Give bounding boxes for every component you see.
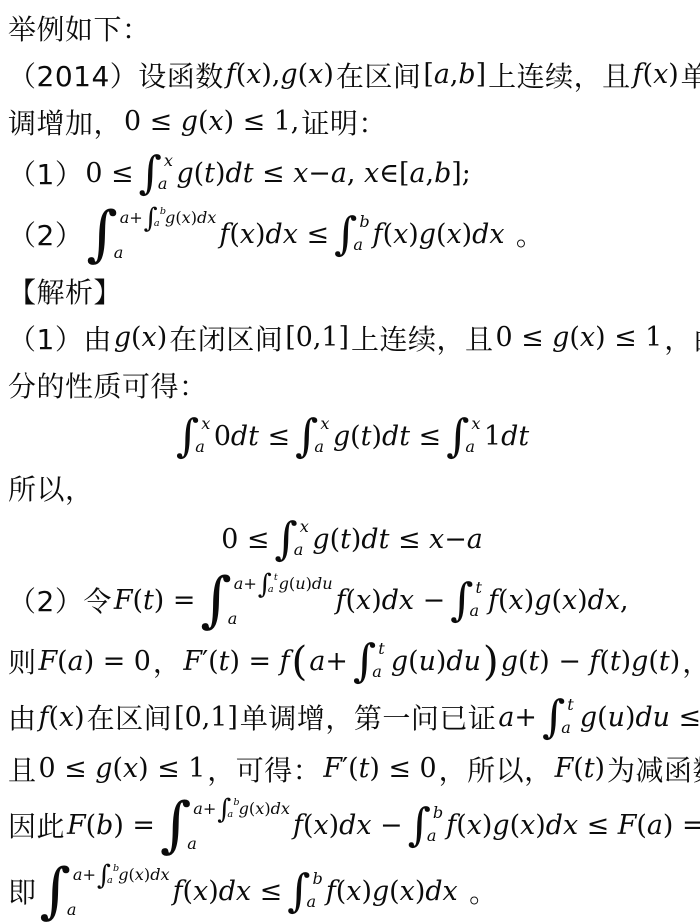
math-glyphs: b	[233, 797, 239, 808]
math-run: f(x)dx −	[293, 810, 403, 841]
math-glyphs: F	[555, 753, 574, 784]
math-glyphs: g	[165, 208, 175, 227]
text-run: 上连续，且	[351, 318, 494, 358]
math-glyphs: +	[325, 646, 348, 677]
math-glyphs: )	[625, 702, 636, 733]
math-run: a+	[193, 801, 216, 817]
math-run: F(b) =	[67, 810, 155, 841]
integral-limits: xa	[318, 415, 328, 458]
math-glyphs: b	[313, 869, 323, 888]
integral-limits: a+∫tag(u)dua	[232, 571, 331, 630]
math-glyphs: dt	[501, 421, 529, 452]
integral-upper-limit: a+∫bag(x)dx	[120, 206, 217, 232]
integral-lower-limit: a	[154, 219, 160, 229]
math-glyphs: )	[670, 646, 681, 677]
math-glyphs: ) =	[229, 646, 279, 677]
math-glyphs: t	[528, 646, 539, 677]
math-glyphs: f	[336, 585, 346, 616]
math-run: a	[372, 664, 382, 680]
text-run: 在区间	[87, 697, 173, 737]
math-glyphs: (	[183, 876, 194, 907]
math-run: g(t)dt ≤ x−a, x∈[a,b];	[176, 158, 470, 189]
math-glyphs: t	[567, 695, 573, 714]
math-glyphs: x	[580, 322, 595, 353]
math-glyphs: x	[446, 219, 461, 250]
math-glyphs: x	[471, 414, 480, 433]
integral-upper-limit: x	[320, 416, 330, 432]
math-run: a	[227, 810, 233, 820]
math-glyphs: f	[173, 876, 183, 907]
integral-upper-limit: b	[113, 864, 119, 874]
math-glyphs: g	[372, 876, 389, 907]
math-glyphs: dt	[231, 421, 259, 452]
math-glyphs: ≤	[389, 524, 429, 555]
math-glyphs: ) ≤ 0	[369, 753, 436, 784]
integral: ∫xa	[176, 415, 209, 458]
text-run: 上连续，且	[488, 55, 631, 95]
math-glyphs: b	[359, 212, 369, 231]
integral: ∫a+∫bag(x)dxa	[160, 796, 288, 855]
text-run: 在闭区间	[169, 318, 283, 358]
integral-lower-limit: a	[187, 836, 284, 852]
integral-upper-limit: x	[164, 153, 174, 169]
math-glyphs: dx	[382, 585, 414, 616]
math-glyphs: (	[132, 585, 143, 616]
math-glyphs: x	[429, 524, 444, 555]
math-glyphs: g	[181, 106, 198, 137]
integral-upper-limit: b	[433, 805, 443, 821]
math-glyphs: a	[114, 243, 124, 262]
math-glyphs: t	[274, 572, 278, 583]
math-glyphs: dx	[197, 208, 216, 227]
math-glyphs: )	[408, 219, 419, 250]
math-glyphs: u	[608, 702, 625, 733]
text-run: 。	[507, 214, 545, 254]
math-run: a	[187, 836, 197, 852]
math-glyphs: g	[552, 322, 569, 353]
math-glyphs: x	[246, 59, 261, 90]
math-glyphs: (	[57, 646, 68, 677]
math-glyphs: t	[659, 646, 670, 677]
math-run: f(x)	[633, 59, 679, 90]
math-glyphs: g	[501, 646, 518, 677]
math-glyphs: )	[323, 59, 334, 90]
integral-lower-limit: a	[469, 603, 479, 619]
math-glyphs: ];	[451, 158, 471, 189]
integral-limits: xa	[469, 415, 479, 458]
integral-lower-limit: a	[353, 237, 363, 253]
math-run: F(t) =	[114, 585, 196, 616]
math-glyphs: ),	[261, 59, 280, 90]
math-glyphs: (	[48, 702, 59, 733]
math-glyphs: ≤	[578, 810, 618, 841]
math-glyphs: ) = 0	[84, 646, 151, 677]
math-glyphs: x	[123, 753, 138, 784]
math-glyphs: )	[535, 810, 546, 841]
math-glyphs: ≤	[254, 158, 294, 189]
integral-limits: xa	[199, 415, 209, 458]
text-run: 举例如下：	[8, 8, 151, 48]
math-glyphs: F	[183, 646, 202, 677]
math-glyphs: (	[636, 810, 647, 841]
integral-limits: ba	[158, 206, 164, 232]
math-glyphs: t	[204, 158, 215, 189]
math-glyphs: a	[434, 59, 450, 90]
math-glyphs: b	[434, 158, 451, 189]
math-glyphs: F	[67, 810, 86, 841]
math-glyphs: a	[314, 437, 324, 456]
math-glyphs: f	[633, 59, 643, 90]
text-run: ，	[682, 641, 700, 681]
integral-limits: xa	[162, 152, 172, 195]
text-run: ，所以，	[439, 749, 553, 789]
math-run: a	[154, 219, 160, 229]
integral-upper-limit: b	[233, 798, 239, 808]
math-glyphs: (	[194, 158, 205, 189]
math-glyphs: g	[333, 421, 350, 452]
math-run: b	[113, 864, 119, 874]
integral: ∫xa	[446, 415, 479, 458]
math-glyphs: ,	[347, 158, 364, 189]
line-analysis-header: 【解析】	[8, 267, 696, 314]
math-run: g(x)	[114, 322, 167, 353]
math-glyphs: x	[356, 585, 371, 616]
math-glyphs: ′(	[342, 753, 359, 784]
math-glyphs: x	[208, 106, 223, 137]
math-glyphs: (	[510, 810, 521, 841]
text-run: （2）	[8, 214, 83, 254]
math-glyphs: )	[351, 524, 362, 555]
math-run: [0,1]	[174, 702, 238, 733]
math-glyphs: ) ≤ 1,	[224, 106, 300, 137]
math-run: t	[378, 641, 384, 657]
math-run: F′(t) ≤ 0	[323, 753, 436, 784]
math-glyphs: ≤	[259, 421, 290, 452]
math-glyphs: g	[312, 524, 329, 555]
math-glyphs: x	[142, 322, 157, 353]
line-sol2-2: 则F(a) = 0，F′(t) = f(a+∫tag(u)du)g(t) − f…	[8, 633, 696, 689]
math-glyphs: ) =	[154, 585, 196, 616]
integral-limits: ta	[473, 579, 483, 622]
math-glyphs: a	[193, 799, 203, 818]
math-run: a	[67, 902, 77, 918]
math-glyphs: b	[160, 206, 166, 217]
math-glyphs: )	[621, 646, 632, 677]
math-glyphs: t	[378, 639, 384, 658]
integral: ∫ta	[353, 640, 386, 683]
math-glyphs: −	[372, 810, 403, 841]
integral: ∫ba	[334, 213, 368, 256]
math-glyphs: b	[96, 810, 113, 841]
math-glyphs: )	[482, 810, 493, 841]
math-glyphs: u	[295, 574, 305, 593]
math-run: F′(t) = f	[183, 646, 289, 677]
text-run: 则	[8, 641, 37, 681]
math-glyphs: )	[668, 59, 679, 90]
math-run: 0 ≤	[85, 158, 133, 189]
integral-limits: a+∫bag(x)dxa	[71, 862, 168, 921]
math-glyphs: dt	[225, 158, 253, 189]
math-glyphs: g	[391, 646, 408, 677]
math-glyphs: g	[580, 702, 597, 733]
math-glyphs: (	[389, 876, 400, 907]
math-glyphs: a	[195, 437, 205, 456]
text-run: 因此	[8, 805, 65, 845]
math-glyphs: a	[561, 718, 571, 737]
math-glyphs: )	[208, 876, 219, 907]
math-glyphs: F	[618, 810, 637, 841]
integral-lower-limit: a	[314, 439, 324, 455]
integral-upper-limit: b	[359, 214, 369, 230]
integral: ∫ba	[287, 870, 321, 913]
math-glyphs: a	[158, 174, 168, 193]
math-glyphs: ) −	[539, 646, 589, 677]
math-run: t	[274, 573, 278, 583]
math-glyphs: [0,1]	[285, 322, 349, 353]
math-glyphs: dt	[382, 421, 410, 452]
math-glyphs: −	[444, 524, 467, 555]
math-glyphs: +	[203, 799, 217, 818]
math-glyphs: b	[458, 59, 475, 90]
math-run: [0,1]	[285, 322, 349, 353]
integral-upper-limit: x	[201, 416, 211, 432]
integral-lower-limit: a	[307, 894, 317, 910]
integral-upper-limit: a+∫tag(u)du	[234, 572, 333, 598]
math-glyphs: ,	[620, 585, 629, 616]
math-run: g(x)dx	[165, 210, 216, 226]
text-run: ，由积	[664, 318, 700, 358]
math-glyphs: [0,1]	[174, 702, 238, 733]
line-equation-2: 0 ≤∫xag(t)dt ≤ x−a	[8, 511, 696, 567]
integral-lower-limit: a	[107, 876, 113, 886]
integral: ∫xa	[295, 415, 328, 458]
line-sol2-5: 因此F(b) =∫a+∫bag(x)dxaf(x)dx −∫baf(x)g(x)…	[8, 792, 696, 858]
math-glyphs: a	[498, 702, 514, 733]
text-run: 即	[8, 871, 37, 911]
math-run: g(x)dx	[239, 801, 290, 817]
math-run: a+	[498, 702, 537, 733]
integral-limits: ba	[111, 863, 117, 889]
integral-lower-limit: a	[372, 664, 382, 680]
math-glyphs: )	[595, 753, 606, 784]
math-glyphs: f	[226, 59, 236, 90]
math-run: [a,b]	[423, 59, 486, 90]
line-claim-2: （2）∫a+∫bag(x)dxaf(x)dx ≤∫baf(x)g(x)dx 。	[8, 201, 696, 267]
math-run: f(x),g(x)	[226, 59, 334, 90]
math-glyphs: ∈[	[379, 158, 409, 189]
math-glyphs: (	[597, 702, 608, 733]
line-problem-1: （2014）设函数f(x),g(x)在区间[a,b]上连续，且f(x)单	[8, 51, 696, 98]
math-glyphs: ) ≤ 1	[595, 322, 662, 353]
math-glyphs: g	[534, 585, 551, 616]
math-glyphs: dx	[425, 876, 457, 907]
integral-lower-limit: a	[158, 176, 168, 192]
math-glyphs: 0 ≤	[85, 158, 133, 189]
math-glyphs: −	[308, 158, 331, 189]
text-run: 在区间	[336, 55, 422, 95]
math-glyphs: (	[456, 810, 467, 841]
math-glyphs: (	[236, 59, 247, 90]
math-glyphs: )	[577, 585, 588, 616]
math-run: f(x)	[39, 702, 85, 733]
math-glyphs: x	[300, 517, 309, 536]
math-run: a	[314, 439, 324, 455]
integral-lower-limit: a	[427, 828, 437, 844]
math-glyphs: (	[350, 421, 361, 452]
math-run: g(u)du	[279, 576, 333, 592]
math-run: f(x)g(x)dx,	[488, 585, 628, 616]
math-glyphs: 1	[484, 421, 501, 452]
math-glyphs: ) ≤ 1	[138, 753, 205, 784]
math-glyphs: dx	[546, 810, 578, 841]
math-glyphs: f	[373, 219, 383, 250]
math-glyphs: (	[229, 219, 240, 250]
text-run: 。	[460, 871, 498, 911]
math-glyphs: (	[131, 322, 142, 353]
math-run: a	[427, 828, 437, 844]
math-glyphs: (	[569, 322, 580, 353]
math-run: a	[307, 894, 317, 910]
math-run: b	[313, 871, 323, 887]
math-glyphs: u	[419, 646, 436, 677]
math-run: x	[300, 519, 309, 535]
big-paren: )	[483, 646, 499, 676]
math-glyphs: )	[255, 219, 266, 250]
math-glyphs: a	[410, 158, 426, 189]
integral-lower-limit: a	[228, 611, 327, 627]
math-glyphs: (	[86, 810, 97, 841]
math-run: 0 ≤ g(x) ≤ 1	[495, 322, 662, 353]
math-run: a	[268, 585, 274, 595]
math-run: a+	[234, 576, 257, 592]
math-run: t	[475, 580, 481, 596]
math-run: x	[471, 416, 480, 432]
integral: ∫ba	[97, 863, 117, 889]
document-body: 举例如下：（2014）设函数f(x),g(x)在区间[a,b]上连续，且f(x)…	[0, 0, 700, 924]
integral-lower-limit: a	[561, 720, 571, 736]
math-run: b	[233, 798, 239, 808]
math-run: f(x)dx ≤	[173, 876, 283, 907]
line-problem-2: 调增加，0 ≤ g(x) ≤ 1,证明：	[8, 98, 696, 145]
math-glyphs: x	[320, 414, 329, 433]
math-glyphs: g	[419, 219, 436, 250]
math-glyphs: g	[279, 574, 289, 593]
math-run: t	[567, 697, 573, 713]
math-glyphs: ′(	[202, 646, 219, 677]
math-run: a	[158, 176, 168, 192]
integral: ∫ba	[144, 206, 164, 232]
math-glyphs: 0 ≤	[39, 753, 96, 784]
line-intro: 举例如下：	[8, 4, 696, 51]
math-glyphs: g	[95, 753, 112, 784]
math-run: a	[465, 439, 475, 455]
math-glyphs: x	[59, 702, 74, 733]
math-glyphs: ≤	[298, 219, 329, 250]
math-glyphs: a	[154, 218, 160, 229]
math-glyphs: f	[446, 810, 456, 841]
integral-upper-limit: b	[313, 871, 323, 887]
line-claim-1: （1）0 ≤∫xag(t)dt ≤ x−a, x∈[a,b];	[8, 145, 696, 201]
math-glyphs: [	[423, 59, 434, 90]
text-run: （2014）设函数	[8, 55, 224, 95]
math-run: a+	[120, 210, 143, 226]
integral: ∫ta	[542, 696, 575, 739]
math-glyphs: dx	[150, 865, 169, 884]
math-glyphs: x	[509, 585, 524, 616]
math-glyphs: x	[562, 585, 577, 616]
math-glyphs: a	[68, 646, 84, 677]
math-run: f(x)g(x)dx	[373, 219, 505, 250]
math-run: f(x)g(x)dx ≤ F(a) = 0	[446, 810, 700, 841]
math-run: a	[469, 603, 479, 619]
integral-lower-limit: a	[114, 245, 211, 261]
math-glyphs: (	[551, 585, 562, 616]
math-glyphs: 0	[214, 421, 231, 452]
text-run: （1）	[8, 153, 83, 193]
math-glyphs: (	[498, 585, 509, 616]
math-glyphs: (	[643, 59, 654, 90]
math-glyphs: a	[294, 540, 304, 559]
math-glyphs: b	[113, 863, 119, 874]
line-sol2-1: （2）令F(t) =∫a+∫tag(u)duaf(x)dx −∫taf(x)g(…	[8, 567, 696, 633]
math-glyphs: a	[307, 892, 317, 911]
math-run: a+	[73, 867, 96, 883]
math-run: g(u)du	[391, 646, 481, 677]
integral-limits: ta	[272, 572, 278, 598]
math-glyphs: f	[326, 876, 336, 907]
math-glyphs: (	[298, 59, 309, 90]
math-glyphs: +	[129, 208, 143, 227]
math-glyphs: a	[227, 809, 233, 820]
math-glyphs: F	[323, 753, 342, 784]
integral-upper-limit: a+∫bag(x)dx	[73, 863, 170, 889]
math-glyphs: a	[234, 574, 244, 593]
math-run: a	[114, 245, 124, 261]
math-glyphs: g	[239, 799, 249, 818]
math-glyphs: a	[467, 524, 483, 555]
math-glyphs: ) =	[113, 810, 155, 841]
math-glyphs: x	[308, 59, 323, 90]
math-glyphs: f	[488, 585, 498, 616]
math-run: g(t) − f(t)g(t)	[501, 646, 680, 677]
math-run: a	[353, 237, 363, 253]
math-glyphs: g	[280, 59, 297, 90]
math-glyphs: (	[408, 646, 419, 677]
integral: ∫a+∫bag(x)dxa	[40, 862, 168, 921]
math-glyphs: a	[372, 662, 382, 681]
line-sol2-4: 且0 ≤ g(x) ≤ 1，可得：F′(t) ≤ 0，所以，F(t)为减函数。	[8, 745, 696, 792]
integral-lower-limit: a	[67, 902, 164, 918]
math-run: b	[359, 214, 369, 230]
math-glyphs: g	[631, 646, 648, 677]
math-glyphs: dx	[266, 219, 298, 250]
math-glyphs: dx	[472, 219, 504, 250]
math-glyphs: (	[436, 219, 447, 250]
math-glyphs: ) = 0	[663, 810, 700, 841]
math-glyphs: g	[118, 865, 128, 884]
math-glyphs: f	[280, 646, 290, 677]
integral: ∫a+∫tag(u)dua	[200, 571, 330, 630]
math-glyphs: )	[74, 702, 85, 733]
math-glyphs: (	[518, 646, 529, 677]
math-glyphs: t	[584, 753, 595, 784]
math-glyphs: a	[353, 235, 363, 254]
integral: ∫ba	[217, 797, 237, 823]
math-glyphs: du	[446, 646, 481, 677]
math-glyphs: (	[330, 524, 341, 555]
integral-upper-limit: x	[471, 416, 481, 432]
math-glyphs: du	[635, 702, 670, 733]
